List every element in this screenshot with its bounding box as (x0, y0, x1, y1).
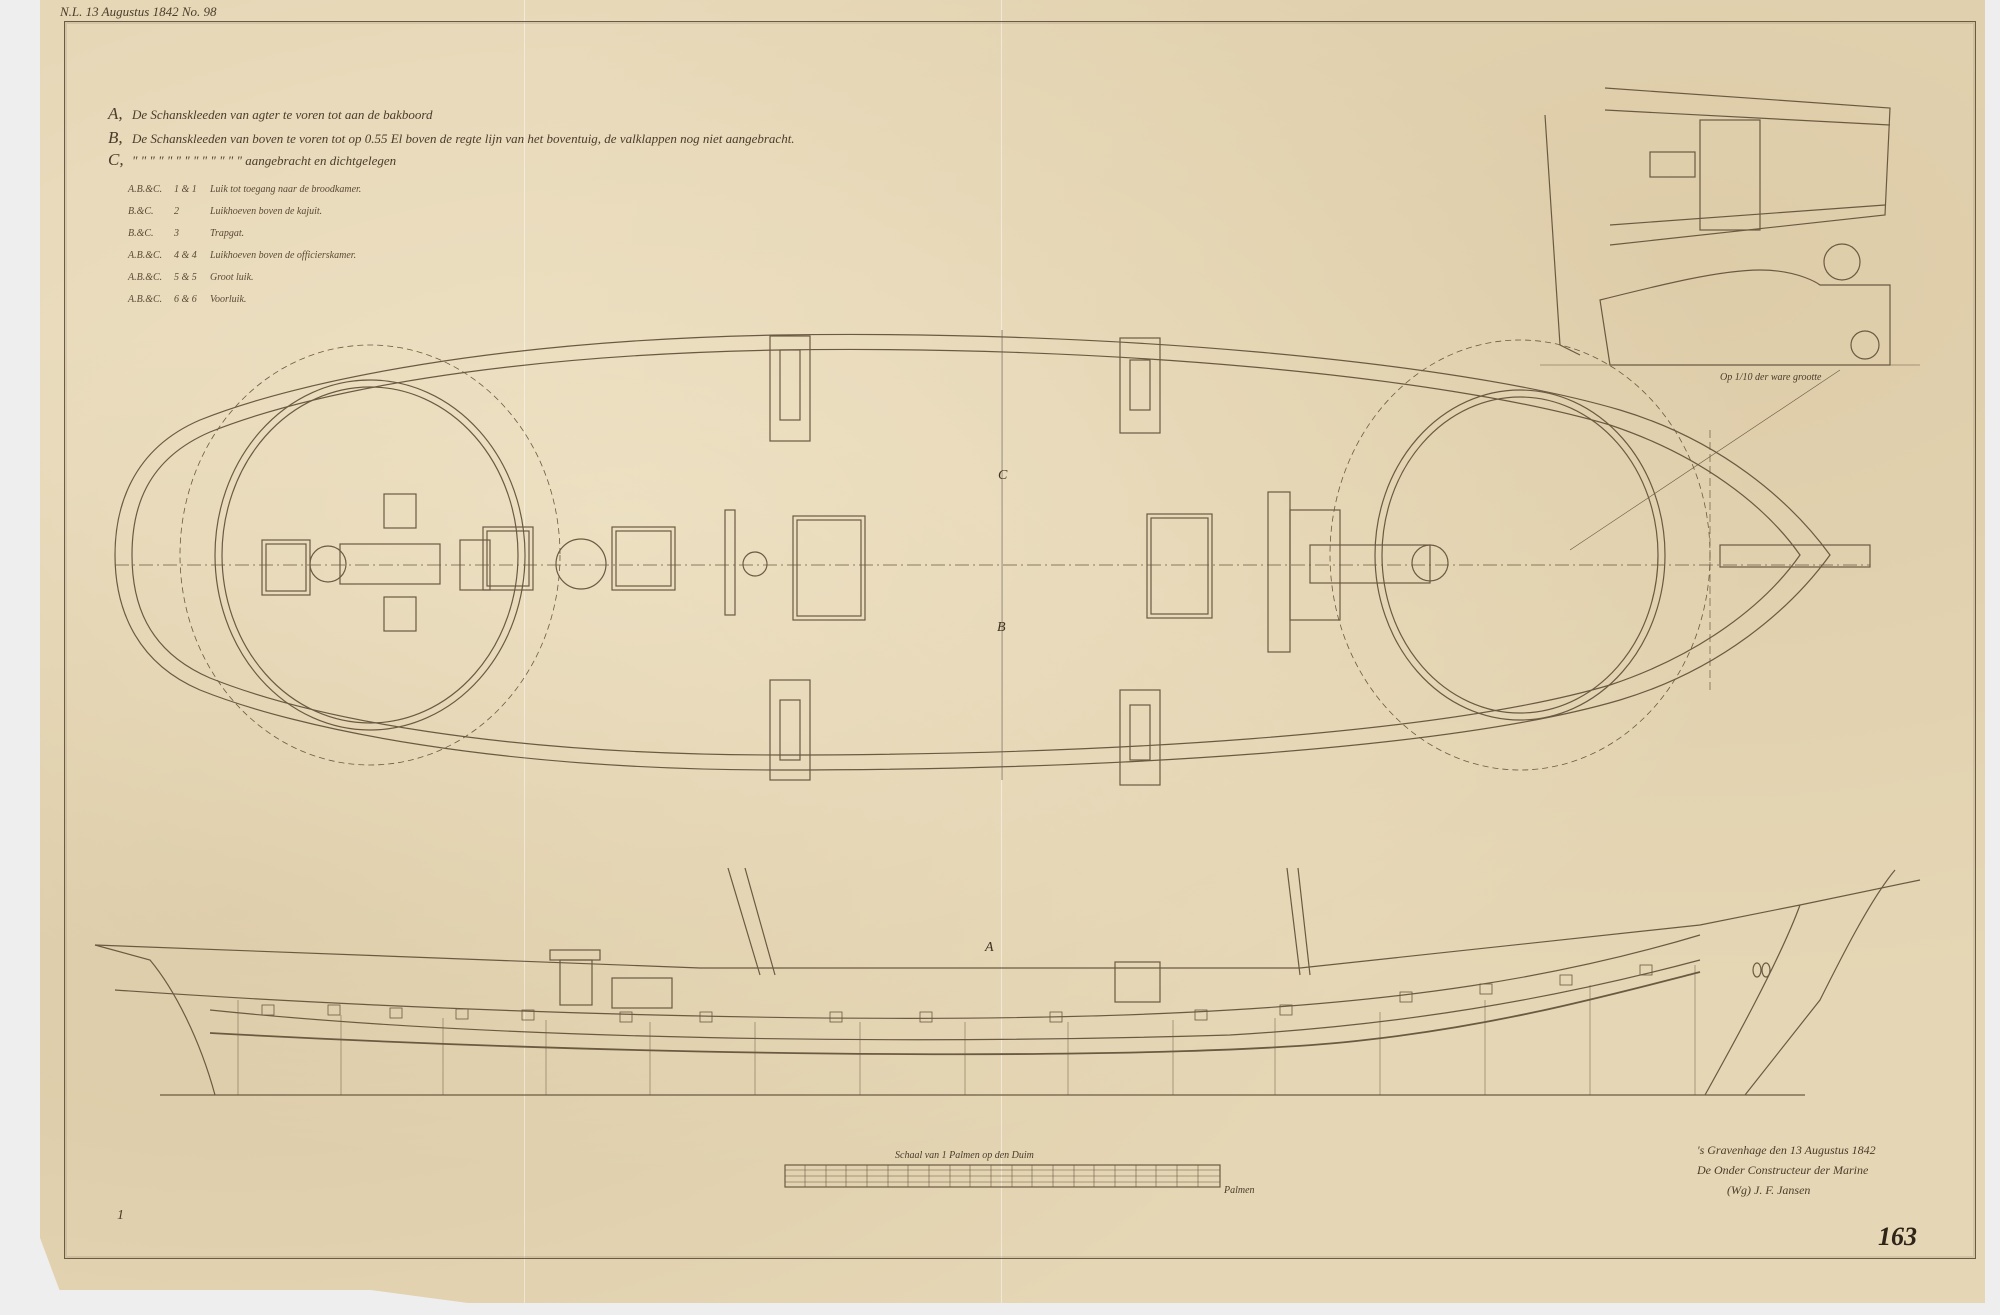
view-label-b: B (997, 620, 1006, 636)
deck-plan (115, 330, 1870, 785)
scale-unit: Palmen (1224, 1185, 1255, 1196)
sheet-number: 163 (1878, 1222, 1917, 1252)
scale-caption: Schaal van 1 Palmen op den Duim (895, 1150, 1034, 1161)
ship-drawing (0, 0, 2000, 1315)
detail-caption: Op 1/10 der ware grootte (1720, 372, 1821, 383)
signature-block: 's Gravenhage den 13 Augustus 1842 De On… (1697, 1140, 1876, 1200)
corner-mark: 1 (117, 1208, 124, 1224)
view-label-a: A (985, 940, 994, 956)
profile-view (95, 868, 1920, 1095)
scale-bar (785, 1165, 1220, 1187)
gun-carriage-detail (1540, 88, 1920, 365)
view-label-c: C (998, 468, 1007, 484)
